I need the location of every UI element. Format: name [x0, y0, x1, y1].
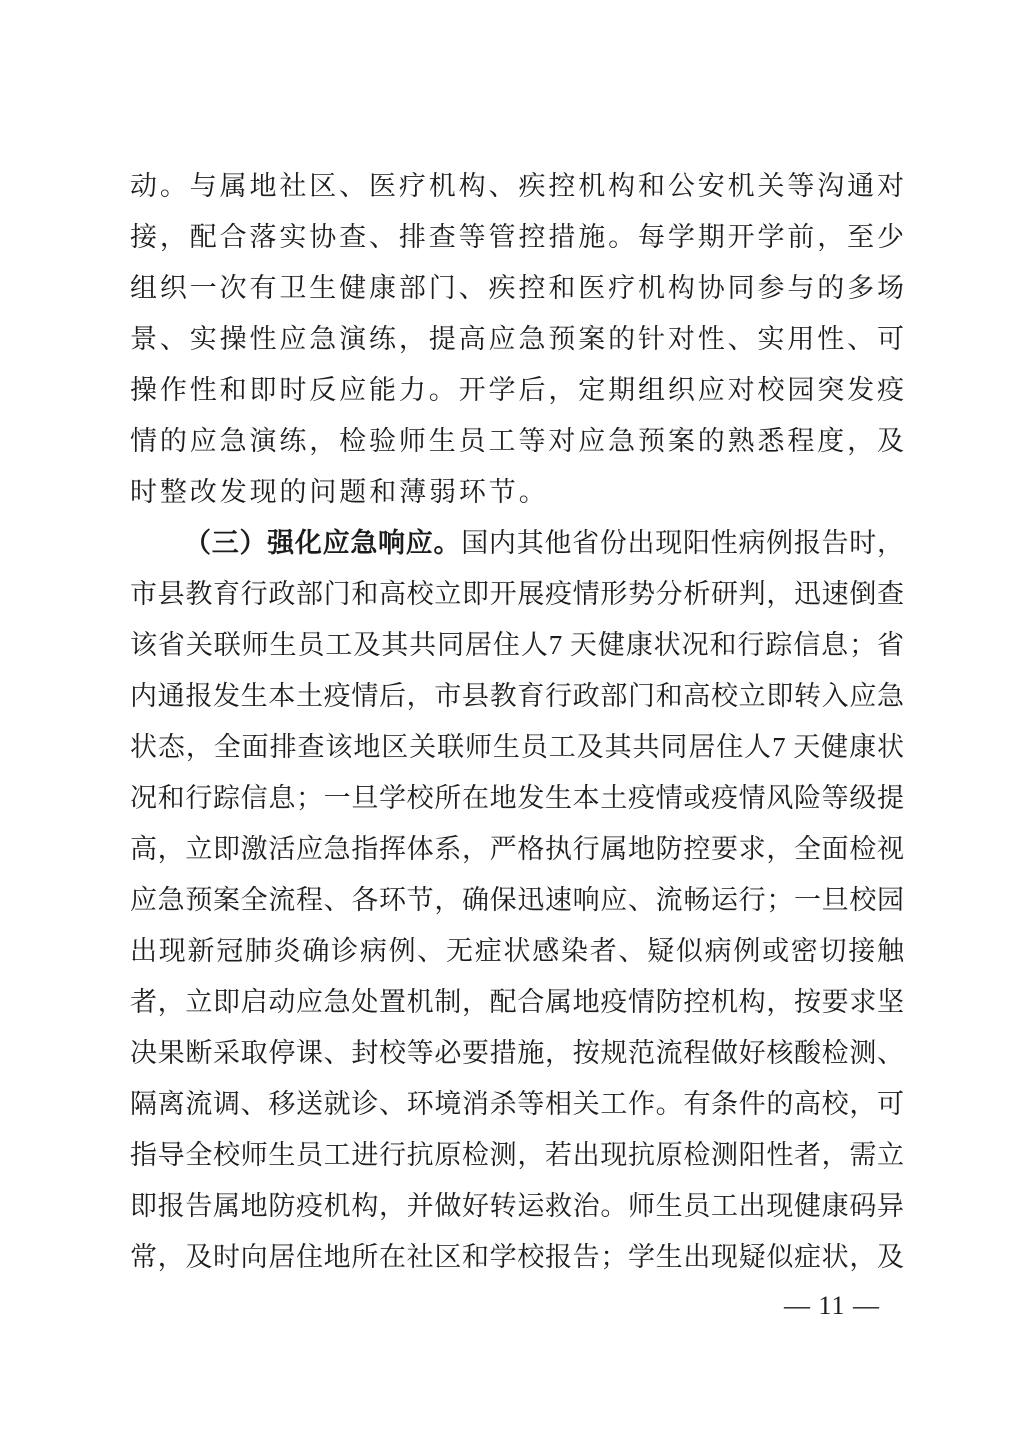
text-line: 组织一次有卫生健康部门、疾控和医疗机构协同参与的多场: [130, 263, 904, 314]
paragraph-2: （三）强化应急响应。国内其他省份出现阳性病例报告时， 市县教育行政部门和高校立即…: [130, 518, 904, 1283]
text-line: 该省关联师生员工及其共同居住人7 天健康状况和行踪信息；省: [130, 620, 904, 671]
page-number: — 11 —: [784, 1286, 880, 1326]
paragraph-1: 动。与属地社区、医疗机构、疾控机构和公安机关等沟通对 接，配合落实协查、排查等管…: [130, 161, 904, 518]
text-line: 市县教育行政部门和高校立即开展疫情形势分析研判，迅速倒查: [130, 569, 904, 620]
text-line: 况和行踪信息；一旦学校所在地发生本土疫情或疫情风险等级提: [130, 773, 904, 824]
text-line: 接，配合落实协查、排查等管控措施。每学期开学前，至少: [130, 212, 904, 263]
text-line: （三）强化应急响应。国内其他省份出现阳性病例报告时，: [130, 518, 904, 569]
text-block: 动。与属地社区、医疗机构、疾控机构和公安机关等沟通对 接，配合落实协查、排查等管…: [130, 161, 904, 1283]
section-heading: （三）强化应急响应。: [184, 528, 461, 558]
text-line: 操作性和即时反应能力。开学后，定期组织应对校园突发疫: [130, 365, 904, 416]
text-line: 时整改发现的问题和薄弱环节。: [130, 467, 904, 518]
text-line: 景、实操性应急演练，提高应急预案的针对性、实用性、可: [130, 314, 904, 365]
document-page: 动。与属地社区、医疗机构、疾控机构和公安机关等沟通对 接，配合落实协查、排查等管…: [0, 0, 1024, 1448]
text-line: 常，及时向居住地所在社区和学校报告；学生出现疑似症状，及: [130, 1232, 904, 1283]
text-line: 者，立即启动应急处置机制，配合属地疫情防控机构，按要求坚: [130, 977, 904, 1028]
text-line: 指导全校师生员工进行抗原检测，若出现抗原检测阳性者，需立: [130, 1130, 904, 1181]
section-first-line-text: 国内其他省份出现阳性病例报告时，: [461, 528, 904, 558]
text-line: 出现新冠肺炎确诊病例、无症状感染者、疑似病例或密切接触: [130, 926, 904, 977]
text-line: 动。与属地社区、医疗机构、疾控机构和公安机关等沟通对: [130, 161, 904, 212]
text-line: 隔离流调、移送就诊、环境消杀等相关工作。有条件的高校，可: [130, 1079, 904, 1130]
text-line: 决果断采取停课、封校等必要措施，按规范流程做好核酸检测、: [130, 1028, 904, 1079]
text-line: 高，立即激活应急指挥体系，严格执行属地防控要求，全面检视: [130, 824, 904, 875]
text-line: 即报告属地防疫机构，并做好转运救治。师生员工出现健康码异: [130, 1181, 904, 1232]
text-line: 状态，全面排查该地区关联师生员工及其共同居住人7 天健康状: [130, 722, 904, 773]
text-line: 情的应急演练，检验师生员工等对应急预案的熟悉程度，及: [130, 416, 904, 467]
text-line: 内通报发生本土疫情后，市县教育行政部门和高校立即转入应急: [130, 671, 904, 722]
text-line: 应急预案全流程、各环节，确保迅速响应、流畅运行；一旦校园: [130, 875, 904, 926]
